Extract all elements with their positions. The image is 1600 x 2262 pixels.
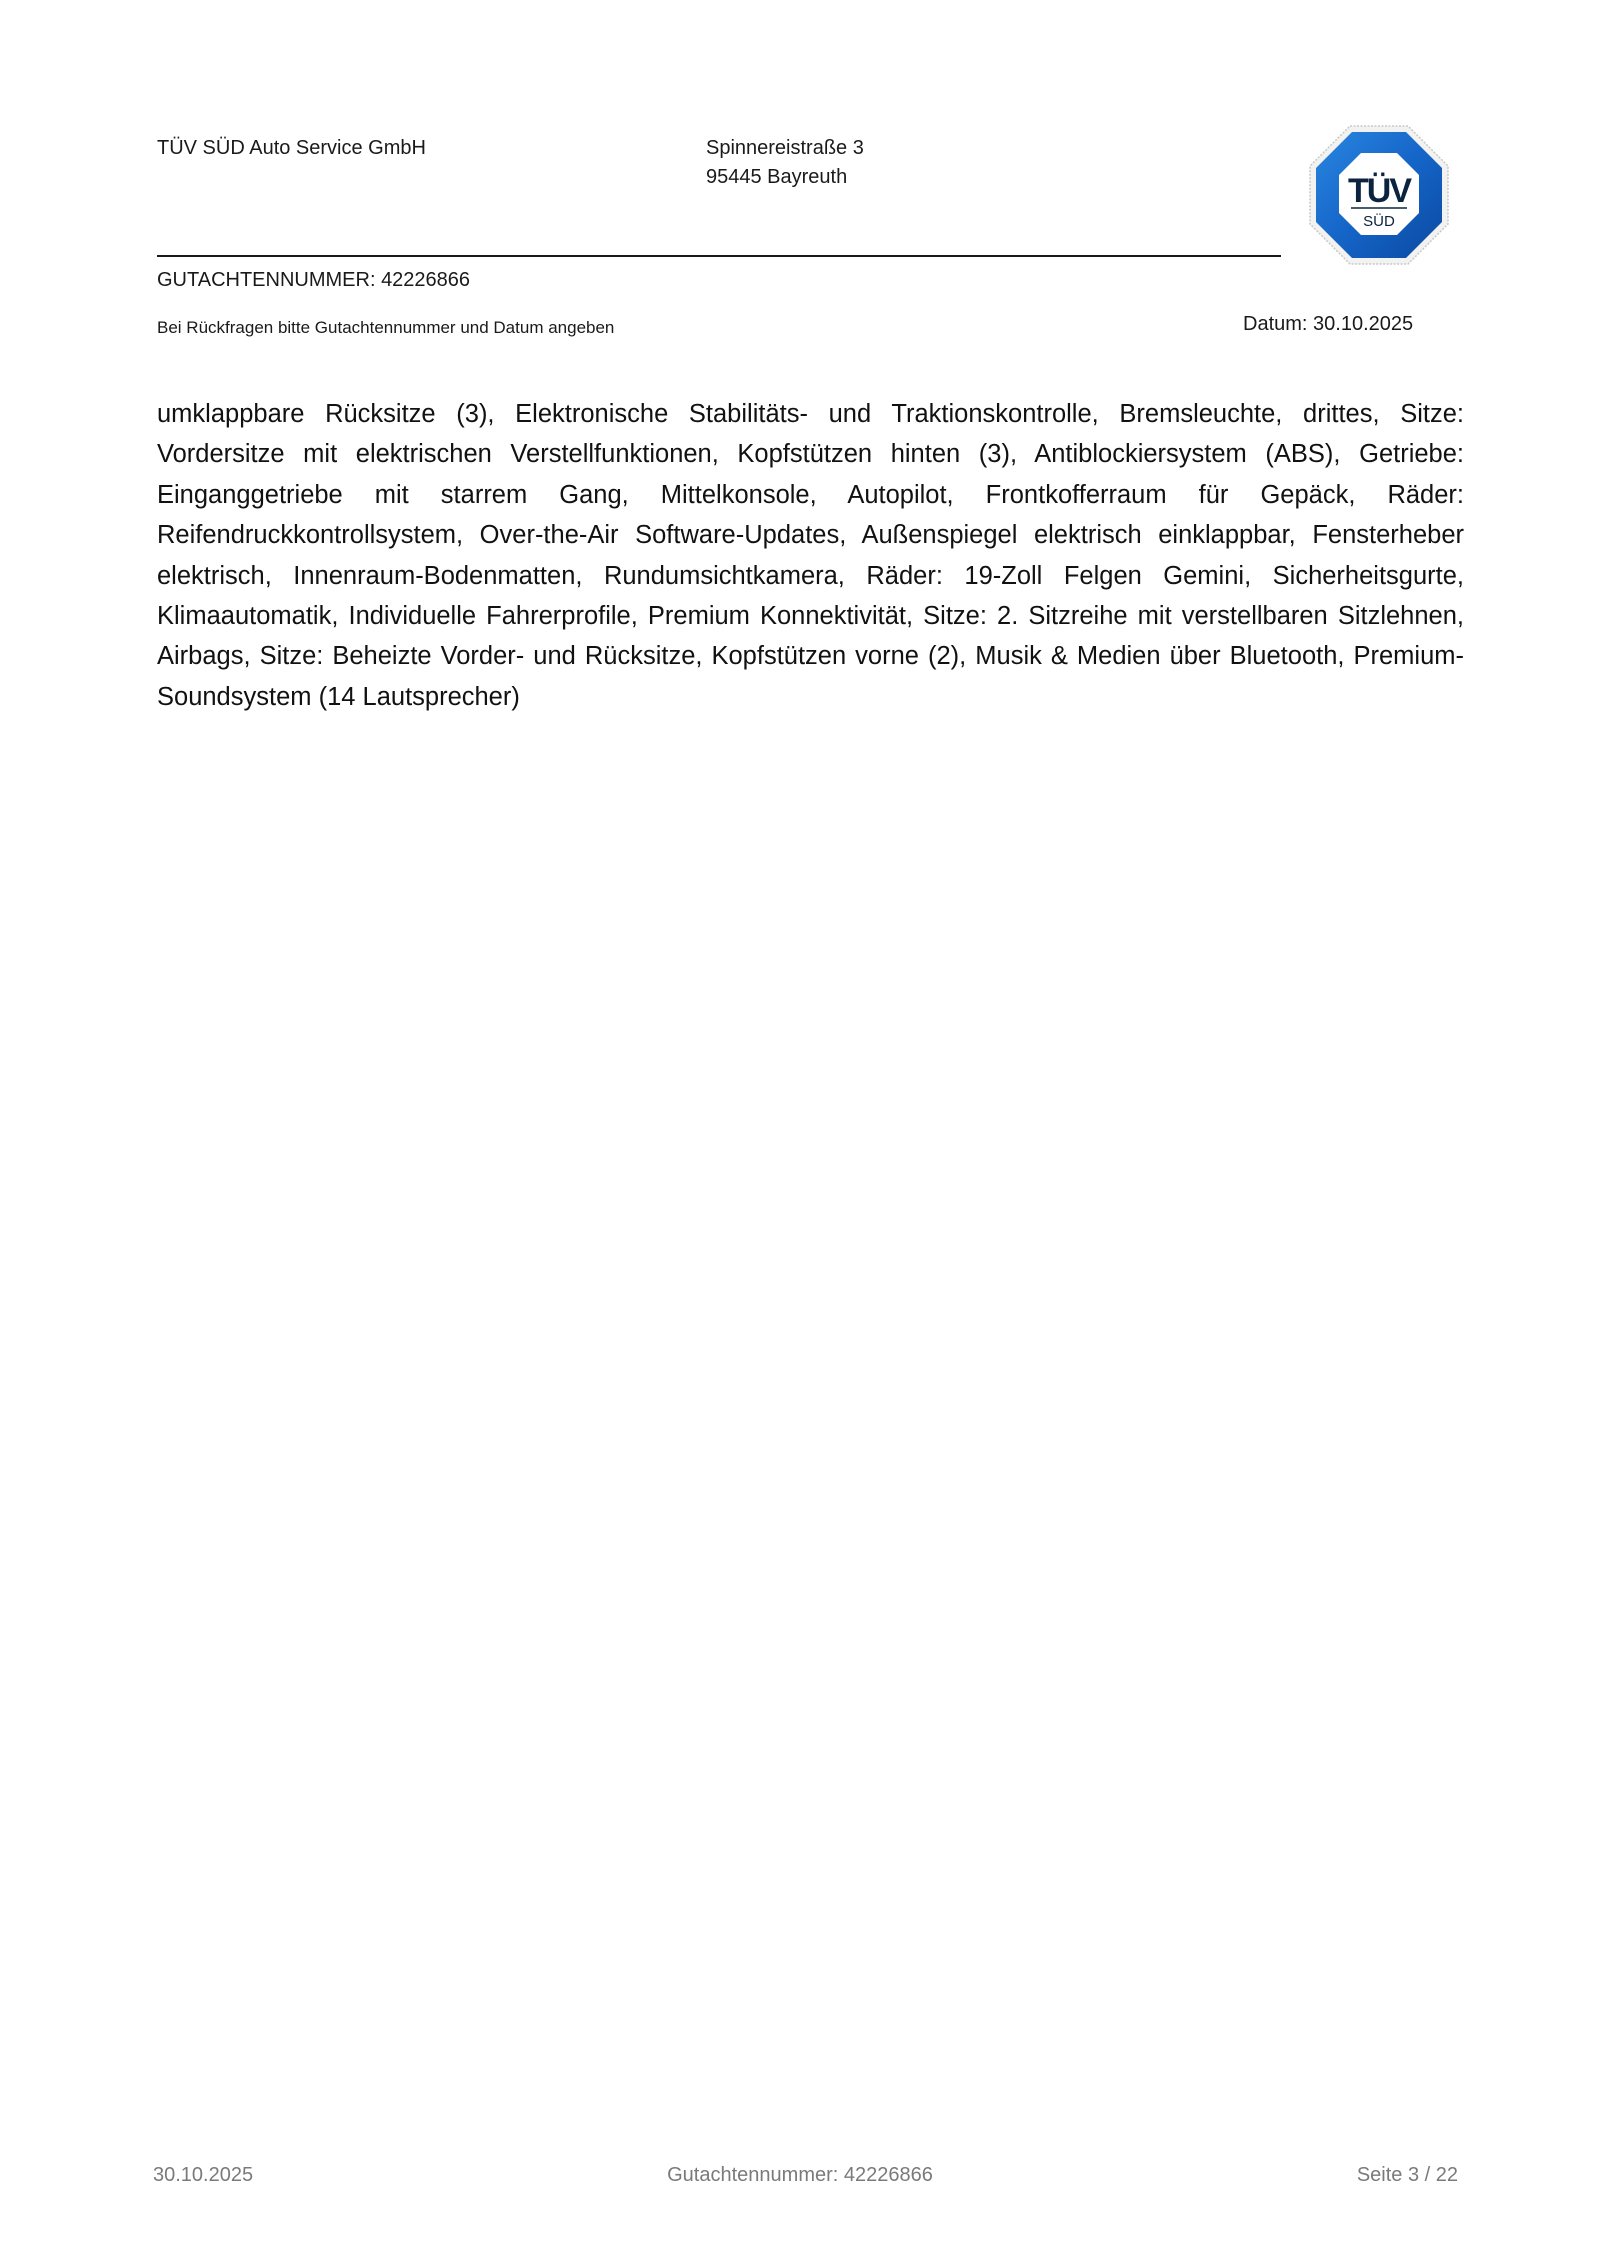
- company-address: Spinnereistraße 3 95445 Bayreuth: [706, 134, 864, 192]
- report-date: Datum: 30.10.2025: [1243, 313, 1413, 336]
- logo-bottom-text: SÜD: [1363, 212, 1395, 230]
- report-number-heading: GUTACHTENNUMMER: 42226866: [157, 269, 470, 292]
- header-divider: [157, 255, 1281, 257]
- company-name: TÜV SÜD Auto Service GmbH: [157, 134, 426, 163]
- inquiry-hint: Bei Rückfragen bitte Gutachtennummer und…: [157, 318, 614, 338]
- address-street: Spinnereistraße 3: [706, 134, 864, 163]
- address-city: 95445 Bayreuth: [706, 163, 864, 192]
- octagon-logo-icon: TÜV SÜD: [1309, 125, 1449, 265]
- equipment-list-paragraph: umklappbare Rücksitze (3), Elektronische…: [157, 394, 1464, 717]
- footer-report-number-text: Gutachtennummer: 42226866: [667, 2164, 933, 2186]
- tuev-sued-logo-icon: TÜV SÜD: [1309, 125, 1449, 265]
- footer-page-number: Seite 3 / 22: [1357, 2164, 1458, 2187]
- logo-top-text: TÜV: [1348, 172, 1412, 210]
